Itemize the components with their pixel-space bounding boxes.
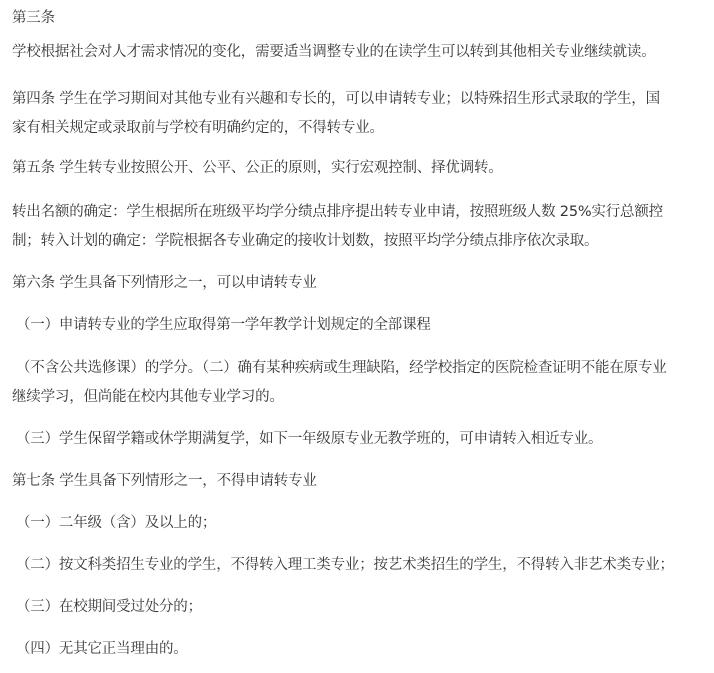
article-7-item-2: （二）按文科类招生专业的学生，不得转入理工类专业；按艺术类招生的学生，不得转入非… bbox=[16, 551, 708, 580]
article-7-item-4: （四）无其它正当理由的。 bbox=[16, 635, 708, 664]
article-6-item-2-line-1: （不含公共选修课）的学分。（二）确有某种疾病或生理缺陷，经学校指定的医院检查证明… bbox=[16, 354, 708, 383]
article-7-item-1: （一）二年级（含）及以上的； bbox=[16, 509, 708, 538]
article-5: 第五条 学生转专业按照公开、公平、公正的原则，实行宏观控制、择优调转。 bbox=[12, 154, 708, 183]
article-6-item-1: （一）申请转专业的学生应取得第一学年教学计划规定的全部课程 bbox=[16, 311, 708, 340]
article-3-title: 第三条 bbox=[12, 4, 708, 33]
article-7-title: 第七条 学生具备下列情形之一，不得申请转专业 bbox=[12, 467, 708, 496]
article-3-body: 学校根据社会对人才需求情况的变化，需要适当调整专业的在读学生可以转到其他相关专业… bbox=[12, 38, 708, 67]
quota-line-1: 转出名额的确定：学生根据所在班级平均学分绩点排序提出转专业申请，按照班级人数 2… bbox=[12, 198, 708, 227]
article-6-item-2-line-2: 继续学习，但尚能在校内其他专业学习的。 bbox=[12, 383, 708, 412]
document: 第三条 学校根据社会对人才需求情况的变化，需要适当调整专业的在读学生可以转到其他… bbox=[0, 0, 714, 673]
article-4-line-2: 家有相关规定或录取前与学校有明确约定的，不得转专业。 bbox=[12, 114, 708, 143]
article-7-item-3: （三）在校期间受过处分的； bbox=[16, 593, 708, 622]
article-6-item-3: （三）学生保留学籍或休学期满复学，如下一年级原专业无教学班的，可申请转入相近专业… bbox=[16, 425, 708, 454]
article-4-line-1: 第四条 学生在学习期间对其他专业有兴趣和专长的，可以申请转专业；以特殊招生形式录… bbox=[12, 85, 708, 114]
quota-line-2: 制；转入计划的确定：学院根据各专业确定的接收计划数，按照平均学分绩点排序依次录取… bbox=[12, 227, 708, 256]
article-6-title: 第六条 学生具备下列情形之一，可以申请转专业 bbox=[12, 269, 708, 298]
